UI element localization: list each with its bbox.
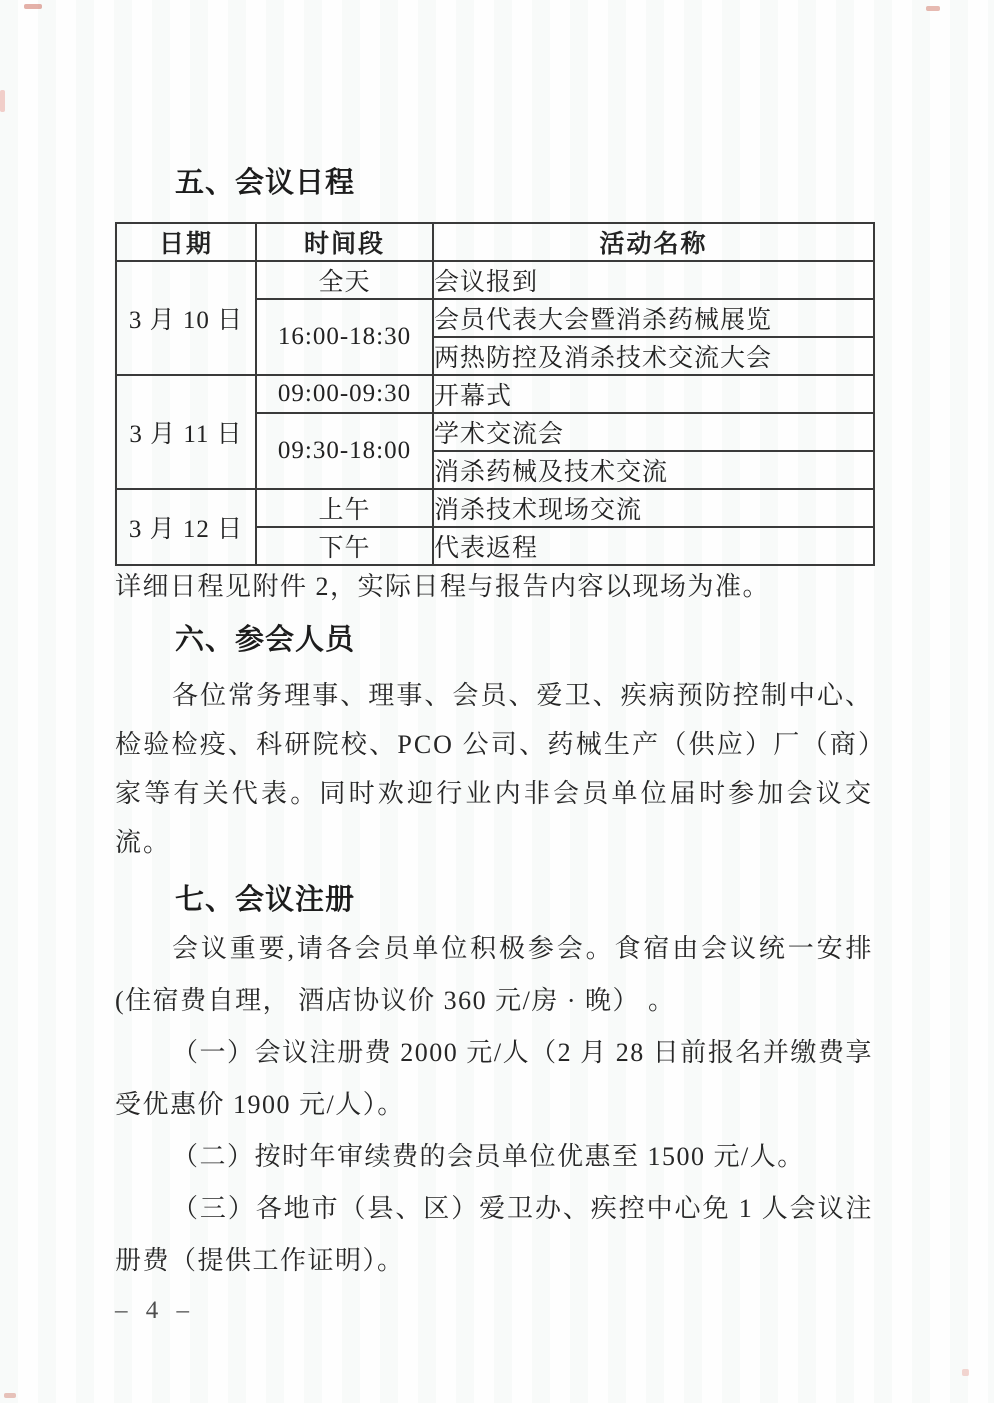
table-row: 3 月 12 日 上午 消杀技术现场交流: [116, 489, 874, 527]
column-header-date: 日期: [116, 223, 256, 261]
section-heading-schedule: 五、会议日程: [115, 168, 873, 198]
document-page: 五、会议日程 日期 时间段 活动名称 3 月 10 日 全天 会议报到 16:0…: [0, 0, 994, 1403]
date-cell-mar11: 3 月 11 日: [116, 375, 256, 489]
scan-artifact-mark: [962, 1369, 969, 1376]
time-cell: 16:00-18:30: [256, 299, 433, 375]
scan-artifact-mark: [0, 90, 5, 112]
registration-item-3: （三）各地市（县、区）爱卫办、疾控中心免 1 人会议注册费（提供工作证明）。: [115, 1183, 873, 1287]
activity-cell: 会员代表大会暨消杀药械展览: [433, 299, 874, 337]
column-header-time: 时间段: [256, 223, 433, 261]
schedule-table: 日期 时间段 活动名称 3 月 10 日 全天 会议报到 16:00-18:30…: [115, 222, 875, 566]
registration-item-1: （一）会议注册费 2000 元/人（2 月 28 日前报名并缴费享受优惠价 19…: [115, 1027, 873, 1131]
scan-artifact-mark: [24, 4, 42, 9]
registration-item-2: （二）按时年审续费的会员单位优惠至 1500 元/人。: [115, 1131, 873, 1183]
table-row: 3 月 10 日 全天 会议报到: [116, 261, 874, 299]
page-number: – 4 –: [115, 1297, 195, 1325]
time-cell: 09:00-09:30: [256, 375, 433, 413]
registration-intro-paragraph: 会议重要,请各会员单位积极参会。食宿由会议统一安排(住宿费自理， 酒店协议价 3…: [115, 923, 873, 1027]
schedule-note: 详细日程见附件 2，实际日程与报告内容以现场为准。: [115, 566, 873, 608]
time-cell: 上午: [256, 489, 433, 527]
time-cell: 下午: [256, 527, 433, 565]
scan-artifact-mark: [926, 6, 940, 11]
activity-cell: 会议报到: [433, 261, 874, 299]
activity-cell: 消杀技术现场交流: [433, 489, 874, 527]
participants-paragraph: 各位常务理事、理事、会员、爱卫、疾病预防控制中心、检验检疫、科研院校、PCO 公…: [115, 671, 873, 867]
activity-cell: 两热防控及消杀技术交流大会: [433, 337, 874, 375]
column-header-activity: 活动名称: [433, 223, 874, 261]
time-cell: 全天: [256, 261, 433, 299]
table-row: 3 月 11 日 09:00-09:30 开幕式: [116, 375, 874, 413]
table-header-row: 日期 时间段 活动名称: [116, 223, 874, 261]
activity-cell: 开幕式: [433, 375, 874, 413]
section-heading-participants: 六、参会人员: [115, 625, 873, 655]
scan-artifact-mark: [4, 1393, 16, 1398]
date-cell-mar12: 3 月 12 日: [116, 489, 256, 565]
time-cell: 09:30-18:00: [256, 413, 433, 489]
section-heading-registration: 七、会议注册: [115, 885, 873, 915]
activity-cell: 学术交流会: [433, 413, 874, 451]
activity-cell: 代表返程: [433, 527, 874, 565]
activity-cell: 消杀药械及技术交流: [433, 451, 874, 489]
date-cell-mar10: 3 月 10 日: [116, 261, 256, 375]
